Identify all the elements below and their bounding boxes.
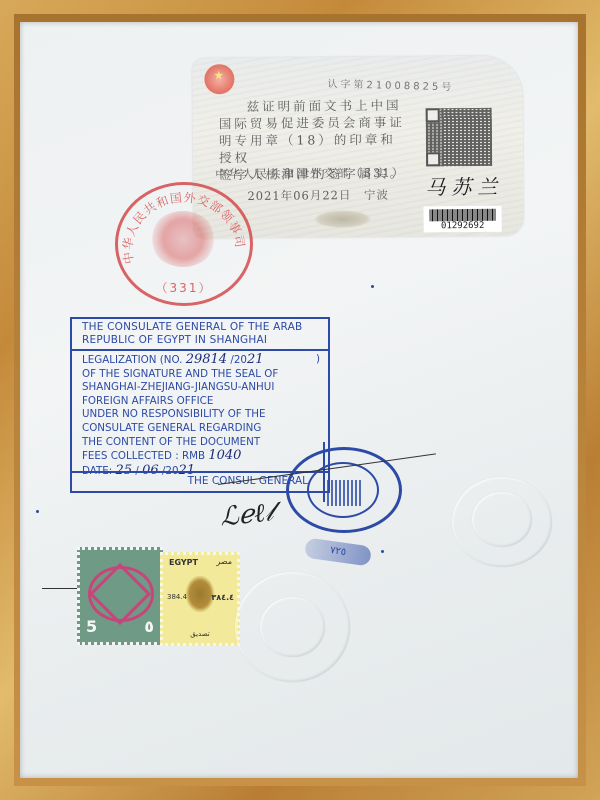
national-emblem-icon xyxy=(204,64,234,94)
certificate-issuer: 中华人民共和国外交部（331） xyxy=(215,165,405,183)
revenue-stamp-yellow: EGYPT مصر 384.4 ٣٨٤.٤ تصديق xyxy=(160,552,240,646)
stamp-line: FOREIGN AFFAIRS OFFICE xyxy=(82,395,278,409)
fees-line: FEES COLLECTED : RMB 1040 xyxy=(82,449,278,464)
legalization-label: LEGALIZATION (NO. xyxy=(82,354,182,366)
legalization-line: LEGALIZATION (NO. 29814 /2021 xyxy=(82,353,278,368)
legalization-number: 29814 xyxy=(186,352,227,367)
stamp-header-line: THE CONSULATE GENERAL OF THE ARAB xyxy=(82,321,302,333)
qr-code-icon xyxy=(426,108,493,167)
stamp-amount-arabic: ٣٨٤.٤ xyxy=(211,593,234,602)
stamp-line: SHANGHAI-ZHEJIANG-JIANGSU-ANHUI xyxy=(82,381,278,395)
seal-code: （331） xyxy=(118,279,250,296)
barcode-icon: 01292692 xyxy=(424,206,502,233)
certificate-line: 兹证明前面文书上中国 xyxy=(219,97,409,116)
fees-value: 1040 xyxy=(208,448,241,463)
stamp-value: 5 xyxy=(86,617,97,636)
barcode-bars xyxy=(430,209,496,222)
seal-emblem-icon xyxy=(150,211,216,267)
stamp-body: LEGALIZATION (NO. 29814 /2021 OF THE SIG… xyxy=(82,353,278,478)
close-paren: ) xyxy=(316,353,320,365)
barcode-number: 01292692 xyxy=(424,221,502,232)
fees-label: FEES COLLECTED : RMB xyxy=(82,450,205,462)
stamp-line: UNDER NO RESPONSIBILITY OF THE xyxy=(82,408,278,422)
stamp-value-arabic: ٥ xyxy=(144,617,154,636)
embossed-seal-inner xyxy=(472,492,532,547)
certificate-number: 认字第21008825号 xyxy=(327,75,454,93)
eagle-of-saladin-icon xyxy=(327,480,361,506)
stamp-footer-text: تصديق xyxy=(163,630,237,638)
stamp-header-line: REPUBLIC OF EGYPT IN SHANGHAI xyxy=(82,334,267,346)
embossed-seal-inner xyxy=(260,597,325,657)
stamp-line: CONSULATE GENERAL REGARDING xyxy=(82,422,278,436)
certificate-date: 2021年06月22日 宁波 xyxy=(247,187,389,204)
certificate-line: 明专用章（18）的印章和授权 xyxy=(219,131,409,167)
ink-dot xyxy=(381,550,384,553)
security-rosette xyxy=(314,210,372,229)
stamp-country: EGYPT xyxy=(169,558,198,567)
red-official-seal: 中华人民共和国外交部领事司 （331） xyxy=(115,182,253,306)
certificate-signature: 马苏兰 xyxy=(425,171,503,201)
small-blue-stamp: ٧٢٥ xyxy=(304,538,372,567)
ink-dot xyxy=(36,510,39,513)
certificate-line: 国际贸易促进委员会商事证 xyxy=(219,114,409,133)
legalization-year-prefix: /20 xyxy=(230,354,247,366)
consul-signature: ℒℯℓ𝓁 xyxy=(219,497,276,533)
legalization-year: 21 xyxy=(247,352,264,367)
ink-dot xyxy=(371,285,374,288)
stamp-amount: 384.4 xyxy=(167,593,187,601)
egypt-consulate-stamp: THE CONSULATE GENERAL OF THE ARAB REPUBL… xyxy=(70,317,330,493)
document-paper: 认字第21008825号 兹证明前面文书上中国 国际贸易促进委员会商事证 明专用… xyxy=(20,22,578,778)
stamp-header: THE CONSULATE GENERAL OF THE ARAB REPUBL… xyxy=(72,319,328,351)
revenue-stamp-green: 5 ٥ xyxy=(77,547,163,645)
stamp-line: OF THE SIGNATURE AND THE SEAL OF xyxy=(82,368,278,382)
stamp-line: THE CONTENT OF THE DOCUMENT xyxy=(82,436,278,450)
stamp-country-arabic: مصر xyxy=(216,557,232,566)
